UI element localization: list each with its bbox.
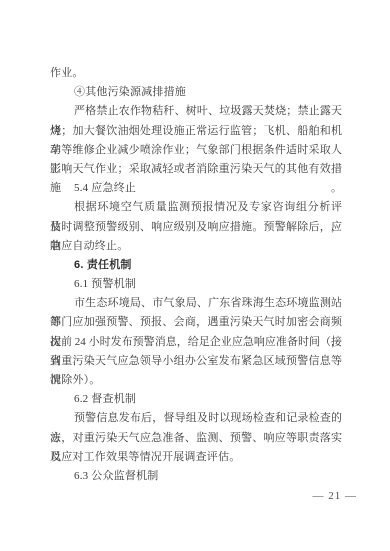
text-line: 严格禁止农作物秸秆、树叶、垃圾露天焚烧；禁止露天烧 — [50, 102, 342, 121]
text-line: 部门应加强预警、预报、会商，遇重污染天气时加密会商频次， — [50, 313, 342, 332]
text-line: 响应自动终止。 — [50, 237, 342, 256]
sub-heading: 6.1 预警机制 — [50, 275, 342, 294]
text-line: 况除外）。 — [50, 371, 342, 390]
text-line: 市生态环境局、市气象局、广东省珠海生态环境监测站等 — [50, 294, 342, 313]
text-line: 车等维修企业减少喷涂作业；气象部门根据条件适时采取人工 — [50, 141, 342, 160]
text-line: 预警信息发布后，督导组及时以现场检查和记录检查的方 — [50, 409, 342, 428]
text-line: 根据环境空气质量监测预报情况及专家咨询组分析评估， — [50, 198, 342, 217]
text-line: 作业。 — [50, 64, 342, 83]
document-page: 作业。④其他污染源减排措施严格禁止农作物秸秆、树叶、垃圾露天焚烧；禁止露天烧烤；… — [0, 0, 390, 551]
section-heading: 6. 责任机制 — [50, 256, 342, 275]
text-line: 影响天气作业；采取减轻或者消除重污染天气的其他有效措施。 — [50, 160, 342, 179]
text-line: 提前 24 小时发布预警消息，给足企业应急响应准备时间（接到 — [50, 333, 342, 352]
sub-heading: 6.3 公众监督机制 — [50, 467, 342, 486]
text-line: 省重污染天气应急领导小组办公室发布紧急区域预警信息等情 — [50, 352, 342, 371]
text-line: ④其他污染源减排措施 — [50, 83, 342, 102]
document-body: 作业。④其他污染源减排措施严格禁止农作物秸秆、树叶、垃圾露天焚烧；禁止露天烧烤；… — [50, 64, 342, 486]
sub-heading: 6.2 督查机制 — [50, 390, 342, 409]
page-number: — 21 — — [313, 488, 358, 504]
text-line: 烤；加大餐饮油烟处理设施正常运行监管；飞机、船舶和机动 — [50, 122, 342, 141]
text-line: 法，对重污染天气应急准备、监测、预警、响应等职责落实以 — [50, 429, 342, 448]
text-line: 及时调整预警级别、响应级别及响应措施。预警解除后，应急 — [50, 218, 342, 237]
text-line: 及应对工作效果等情况开展调查评估。 — [50, 448, 342, 467]
